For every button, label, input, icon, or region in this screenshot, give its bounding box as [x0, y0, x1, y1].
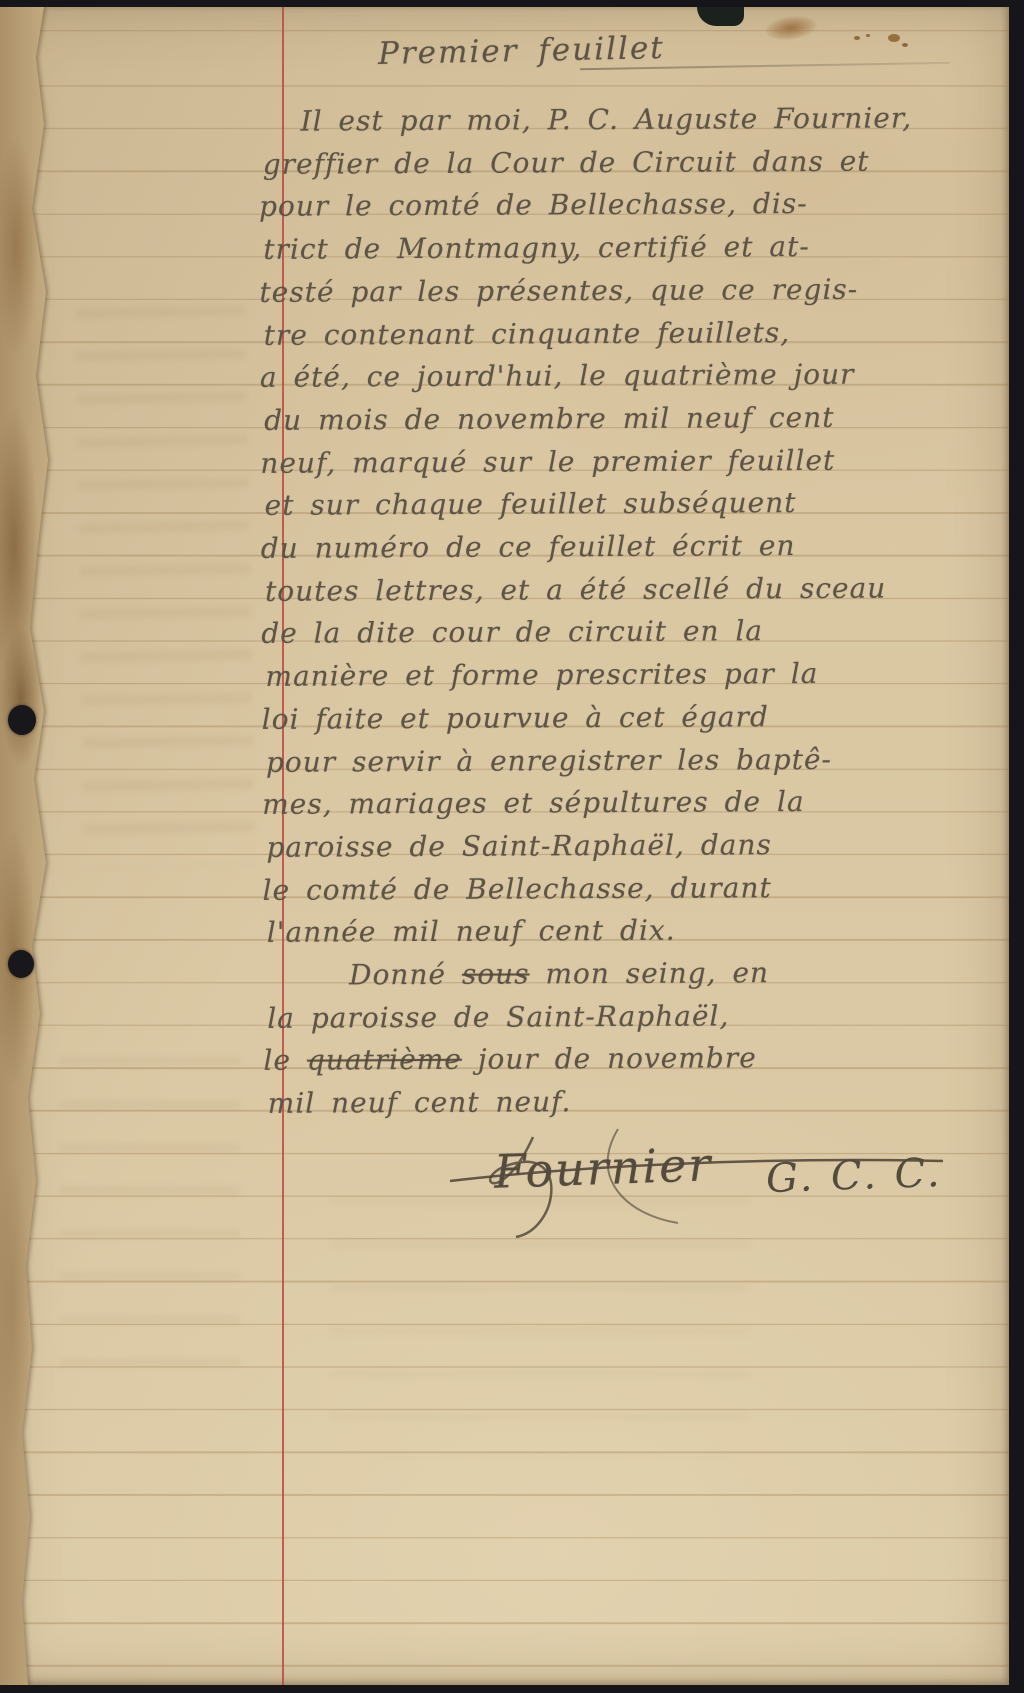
handwritten-line: tre contenant cinquante feuillets,: [254, 315, 984, 361]
signature-block: Fournier G. C. C.: [438, 1119, 958, 1249]
handwritten-line: Donné sous mon seing, en: [253, 955, 1009, 1001]
handwritten-line: mes, mariages et sépultures de la: [252, 784, 982, 830]
handwritten-line: manière et forme prescrites par la: [255, 656, 985, 702]
signature-name: Fournier: [493, 1137, 713, 1199]
handwritten-line: pour servir à enregistrer les baptê-: [256, 742, 986, 788]
punch-hole-top: [8, 705, 36, 735]
handwritten-line: du numéro de ce feuillet écrit en: [251, 528, 981, 574]
edge-stain: [0, 137, 38, 357]
signature-suffix: G. C. C.: [765, 1150, 943, 1202]
stain-speck: [854, 36, 860, 40]
handwritten-line: l'année mil neuf cent dix.: [257, 912, 987, 958]
handwritten-line: neuf, marqué sur le premier feuillet: [250, 443, 980, 489]
handwritten-line: le comté de Bellechasse, durant: [253, 870, 983, 916]
handwritten-line: loi faite et pourvue à cet égard: [252, 699, 982, 745]
handwritten-line: du mois de novembre mil neuf cent: [254, 400, 984, 446]
handwritten-line: greffier de la Cour de Circuit dans et: [253, 144, 983, 190]
edge-stain: [0, 1157, 30, 1457]
handwritten-line: trict de Montmagny, certifié et at-: [253, 229, 983, 275]
handwritten-line: de la dite cour de circuit en la: [251, 613, 981, 659]
handwritten-line: pour le comté de Bellechasse, dis-: [249, 186, 979, 232]
stain-speck: [888, 34, 900, 42]
handwritten-line: Il est par moi, P. C. Auguste Fournier,: [249, 101, 1009, 147]
handwritten-line: et sur chaque feuillet subséquent: [255, 485, 985, 531]
handwritten-line: le quatrième jour de novembre: [253, 1040, 983, 1086]
edge-stain: [0, 627, 42, 767]
handwritten-line: testé par les présentes, que ce regis-: [249, 272, 979, 318]
torn-binding-strip: [0, 7, 60, 1685]
stain-speck: [866, 34, 870, 37]
handwritten-line: la paroisse de Saint-Raphaël,: [257, 998, 987, 1044]
handwritten-line: a été, ce jourd'hui, le quatrième jour: [250, 357, 980, 403]
document-page: Premier feuillet Il est par moi, P. C. A…: [0, 7, 1009, 1685]
page-header-title: Premier feuillet: [378, 30, 665, 72]
scan-background: Premier feuillet Il est par moi, P. C. A…: [0, 0, 1024, 1693]
handwritten-line: paroisse de Saint-Raphaël, dans: [256, 827, 986, 873]
stain-speck: [902, 43, 908, 47]
punch-hole-bottom: [8, 950, 34, 978]
handwritten-line: toutes lettres, et a été scellé du sceau: [255, 571, 985, 617]
